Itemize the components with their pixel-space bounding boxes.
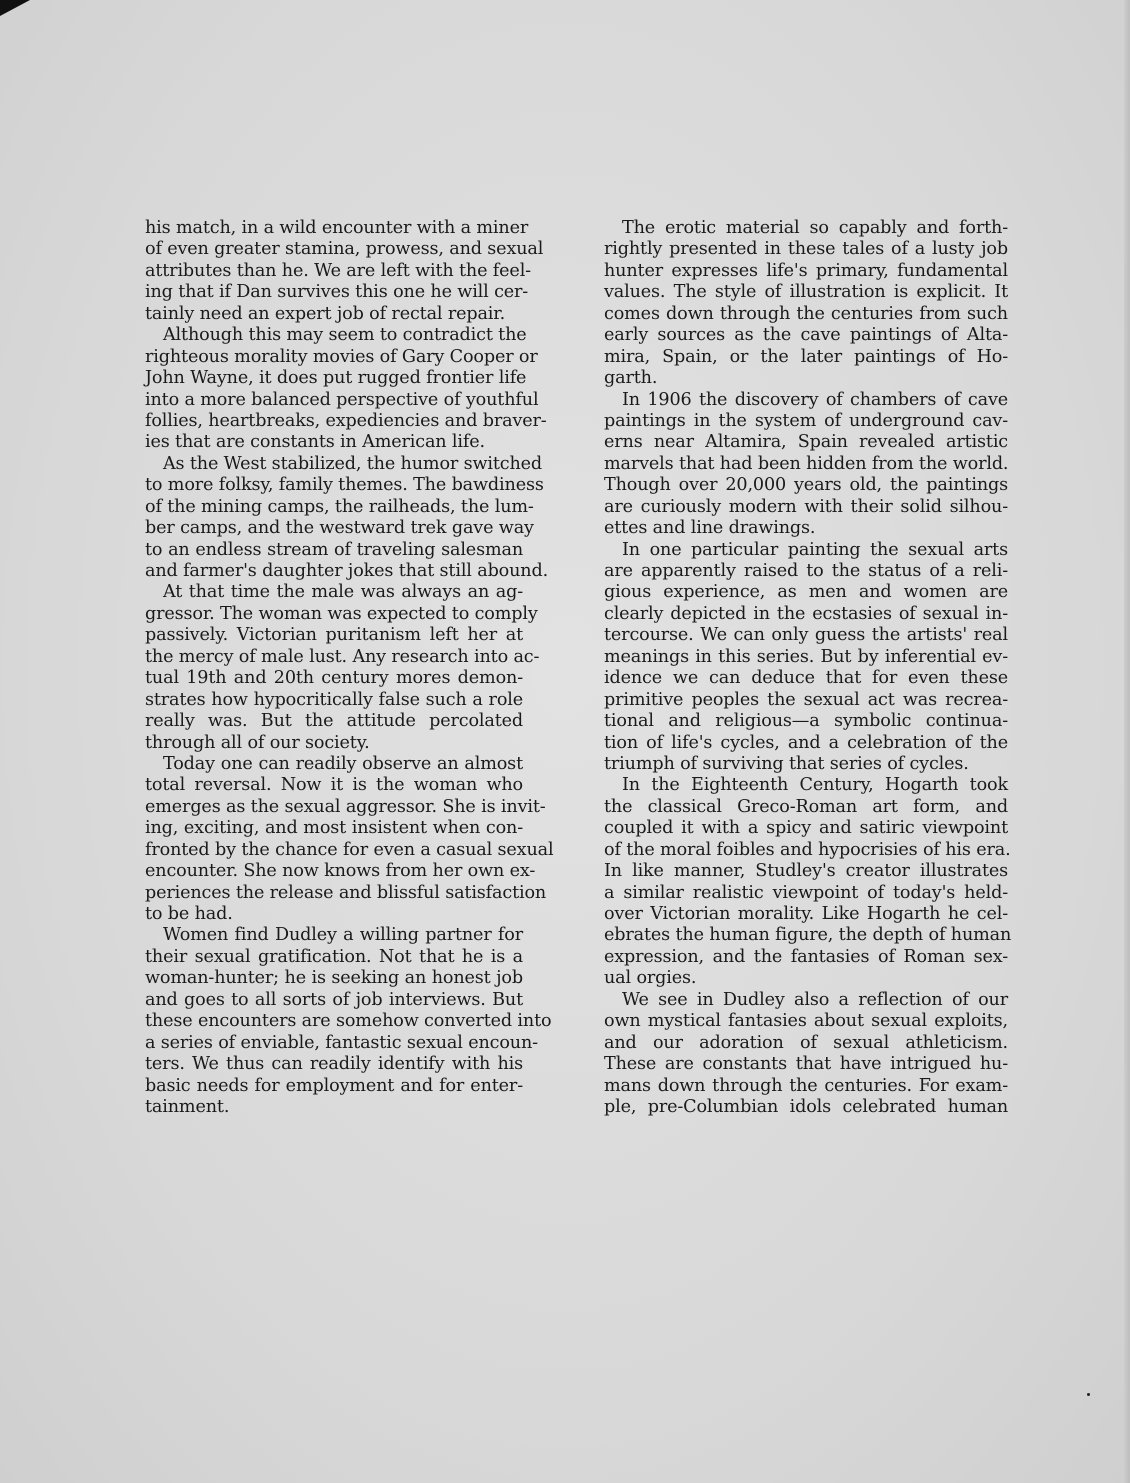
text-line: tion of life's cycles, and a celebration… [604, 733, 1008, 754]
text-line: periences the release and blissful satis… [145, 883, 523, 904]
text-line: Although this may seem to contradict the [145, 325, 523, 346]
text-line: ual orgies. [604, 968, 1008, 989]
text-line: The erotic material so capably and forth… [604, 218, 1008, 239]
text-line: ettes and line drawings. [604, 518, 1008, 539]
text-line: tercourse. We can only guess the artists… [604, 625, 1008, 646]
text-line: encounter. She now knows from her own ex… [145, 861, 523, 882]
text-line: attributes than he. We are left with the… [145, 261, 523, 282]
text-line: triumph of surviving that series of cycl… [604, 754, 1008, 775]
text-line: to an endless stream of traveling salesm… [145, 540, 523, 561]
text-line: tainly need an expert job of rectal repa… [145, 304, 523, 325]
text-line: At that time the male was always an ag- [145, 582, 523, 603]
text-line: their sexual gratification. Not that he … [145, 947, 523, 968]
text-line: Today one can readily observe an almost [145, 754, 523, 775]
text-line: basic needs for employment and for enter… [145, 1076, 523, 1097]
text-line: strates how hypocritically false such a … [145, 690, 523, 711]
text-line: into a more balanced perspective of yout… [145, 390, 523, 411]
text-line: hunter expresses life's primary, fundame… [604, 261, 1008, 282]
text-line: and our adoration of sexual athleticism. [604, 1033, 1008, 1054]
text-line: In like manner, Studley's creator illust… [604, 861, 1008, 882]
text-line: passively. Victorian puritanism left her… [145, 625, 523, 646]
text-line: righteous morality movies of Gary Cooper… [145, 347, 523, 368]
text-line: a similar realistic viewpoint of today's… [604, 883, 1008, 904]
text-line: of the moral foibles and hypocrisies of … [604, 840, 1008, 861]
text-line: to more folksy, family themes. The bawdi… [145, 475, 523, 496]
text-line: gious experience, as men and women are [604, 582, 1008, 603]
text-line: As the West stabilized, the humor switch… [145, 454, 523, 475]
text-line: the mercy of male lust. Any research int… [145, 647, 523, 668]
scanned-book-page: his match, in a wild encounter with a mi… [0, 0, 1130, 1483]
text-line: coupled it with a spicy and satiric view… [604, 818, 1008, 839]
text-line: In one particular painting the sexual ar… [604, 540, 1008, 561]
text-line: early sources as the cave paintings of A… [604, 325, 1008, 346]
text-line: Women find Dudley a willing partner for [145, 925, 523, 946]
text-line: values. The style of illustration is exp… [604, 282, 1008, 303]
text-line: ters. We thus can readily identify with … [145, 1054, 523, 1075]
page-corner-shadow [0, 0, 30, 16]
text-line: of the mining camps, the railheads, the … [145, 497, 523, 518]
text-line: fronted by the chance for even a casual … [145, 840, 523, 861]
text-line: really was. But the attitude percolated [145, 711, 523, 732]
text-line: comes down through the centuries from su… [604, 304, 1008, 325]
text-line: mira, Spain, or the later paintings of H… [604, 347, 1008, 368]
text-line: These are constants that have intrigued … [604, 1054, 1008, 1075]
text-line: tual 19th and 20th century mores demon- [145, 668, 523, 689]
text-line: expression, and the fantasies of Roman s… [604, 947, 1008, 968]
text-line: gressor. The woman was expected to compl… [145, 604, 523, 625]
text-line: follies, heartbreaks, expediencies and b… [145, 411, 523, 432]
left-text-column: his match, in a wild encounter with a mi… [145, 218, 523, 1118]
text-line: a series of enviable, fantastic sexual e… [145, 1033, 523, 1054]
text-line: In the Eighteenth Century, Hogarth took [604, 775, 1008, 796]
text-line: tainment. [145, 1097, 523, 1118]
text-line: meanings in this series. But by inferent… [604, 647, 1008, 668]
text-line: rightly presented in these tales of a lu… [604, 239, 1008, 260]
text-line: and goes to all sorts of job interviews.… [145, 990, 523, 1011]
text-line: ple, pre-Columbian idols celebrated huma… [604, 1097, 1008, 1118]
text-line: Though over 20,000 years old, the painti… [604, 475, 1008, 496]
text-line: own mystical fantasies about sexual expl… [604, 1011, 1008, 1032]
text-line: ing that if Dan survives this one he wil… [145, 282, 523, 303]
text-line: of even greater stamina, prowess, and se… [145, 239, 523, 260]
text-line: over Victorian morality. Like Hogarth he… [604, 904, 1008, 925]
text-line: garth. [604, 368, 1008, 389]
text-line: primitive peoples the sexual act was rec… [604, 690, 1008, 711]
text-line: his match, in a wild encounter with a mi… [145, 218, 523, 239]
text-line: We see in Dudley also a reflection of ou… [604, 990, 1008, 1011]
text-line: John Wayne, it does put rugged frontier … [145, 368, 523, 389]
text-line: to be had. [145, 904, 523, 925]
text-line: marvels that had been hidden from the wo… [604, 454, 1008, 475]
text-line: through all of our society. [145, 733, 523, 754]
text-line: ing, exciting, and most insistent when c… [145, 818, 523, 839]
scan-speck [1087, 1393, 1090, 1396]
right-text-column: The erotic material so capably and forth… [604, 218, 1008, 1118]
text-line: In 1906 the discovery of chambers of cav… [604, 390, 1008, 411]
text-line: are apparently raised to the status of a… [604, 561, 1008, 582]
text-line: the classical Greco-Roman art form, and [604, 797, 1008, 818]
text-line: woman-hunter; he is seeking an honest jo… [145, 968, 523, 989]
text-line: clearly depicted in the ecstasies of sex… [604, 604, 1008, 625]
text-line: erns near Altamira, Spain revealed artis… [604, 432, 1008, 453]
text-line: tional and religious—a symbolic continua… [604, 711, 1008, 732]
text-line: and farmer's daughter jokes that still a… [145, 561, 523, 582]
text-line: emerges as the sexual aggressor. She is … [145, 797, 523, 818]
text-line: these encounters are somehow converted i… [145, 1011, 523, 1032]
text-line: mans down through the centuries. For exa… [604, 1076, 1008, 1097]
text-line: ber camps, and the westward trek gave wa… [145, 518, 523, 539]
text-line: ebrates the human figure, the depth of h… [604, 925, 1008, 946]
text-line: are curiously modern with their solid si… [604, 497, 1008, 518]
text-line: paintings in the system of underground c… [604, 411, 1008, 432]
page-edge-shadow [1124, 0, 1130, 1483]
text-line: idence we can deduce that for even these [604, 668, 1008, 689]
text-line: total reversal. Now it is the woman who [145, 775, 523, 796]
text-line: ies that are constants in American life. [145, 432, 523, 453]
